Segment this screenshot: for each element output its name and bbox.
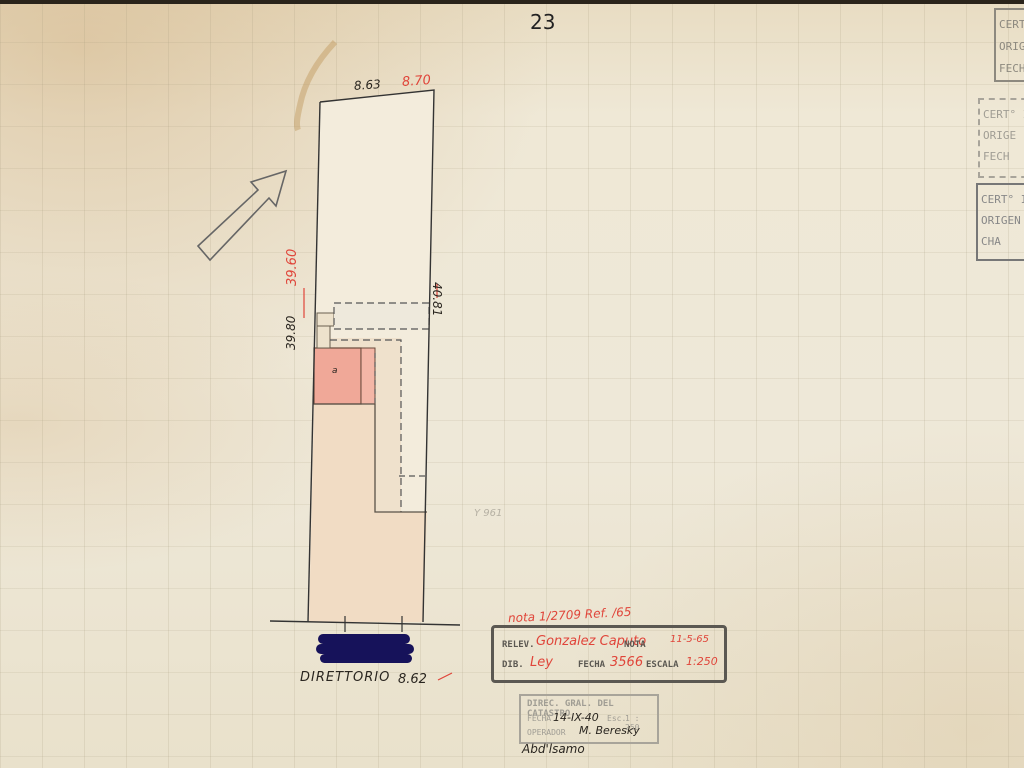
stamp-dib-value: Ley [530,655,553,670]
stamp-dib-label: DIB. [502,660,524,670]
edge-stamp-line: CHA [981,231,1024,252]
cadastre-fecha-value: 14-IX-40 [553,711,599,724]
cadastre-stamp: DIREC. GRAL. DEL CATASTRO FECHA 14-IX-40… [519,694,659,744]
redaction-bar [320,654,412,663]
cadastre-operador-value: M. Beresky [579,724,640,737]
cadastre-operador-label: OPERADOR [527,728,566,737]
edge-stamp-line: CERT [999,14,1024,36]
building-label: a [332,366,338,376]
stamp-fecha-value: 3566 [610,655,643,670]
left-length-corrected: 39.60 [285,249,300,286]
left-length-original: 39.80 [284,316,298,350]
edge-stamp-line: ORIG [999,36,1024,58]
signature: Abd'lsamo [522,742,585,756]
stamp-nota-label: NOTA [624,640,646,650]
edge-stamp: CERT° I ORIGE FECH [978,98,1024,178]
edge-stamp: CERT ORIG FECH [994,8,1024,82]
stamp-escala-value: 1:250 [686,655,718,668]
survey-stamp: RELEV. Gonzalez Caputo NOTA 11-5-65 DIB.… [491,625,727,683]
edge-stamp-line: FECH [983,146,1024,167]
north-arrow-icon [196,168,292,264]
edge-stamp-line: CERT° I [981,189,1024,210]
top-width-original: 8.63 [354,77,382,93]
edge-stamp: CERT° I ORIGEN CHA [976,183,1024,261]
cadastre-escala-label: Esc. [607,714,626,723]
stamp-escala-label: ESCALA [646,660,679,670]
stamp-relev-label: RELEV. [502,640,535,650]
edge-stamp-line: ORIGE [983,125,1024,146]
stamp-date: 11-5-65 [670,634,709,645]
redaction-bar [316,644,414,654]
bottom-width: 8.62 [398,672,427,687]
top-width-corrected: 8.70 [402,73,432,90]
edge-stamp-line: ORIGEN [981,210,1024,231]
right-length: 40.81 [430,282,444,316]
edge-stamp-line: FECH [999,58,1024,80]
street-name: DIRETTORIO [300,670,390,685]
stamp-fecha-label: FECHA [578,660,605,670]
pencil-note: Y 961 [474,508,502,519]
redaction-bar [318,634,410,644]
edge-stamp-line: CERT° I [983,104,1024,125]
cadastre-fecha-label: FECHA [527,714,551,723]
